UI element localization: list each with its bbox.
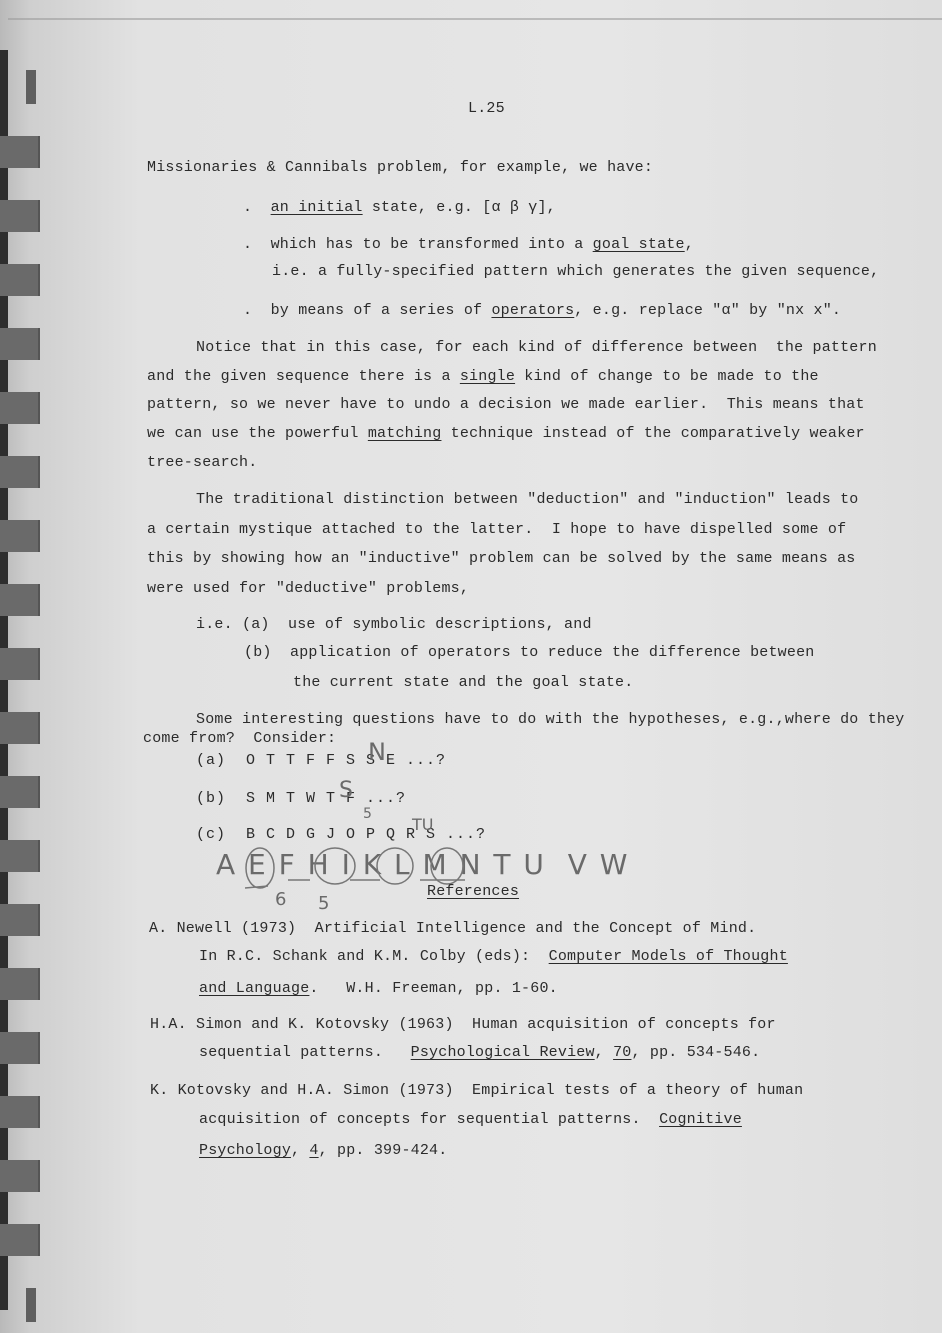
para2-ie-a: i.e. (a) use of symbolic descriptions, a…: [196, 616, 592, 634]
text: technique instead of the comparatively w…: [441, 425, 864, 442]
binding-tab: [0, 328, 40, 360]
para1-line4: we can use the powerful matching techniq…: [147, 425, 865, 443]
handwritten-number-5b: 5: [318, 893, 329, 914]
text: sequential patterns.: [199, 1044, 411, 1061]
underlined-term: operators: [491, 302, 574, 319]
page-number: L.25: [468, 100, 505, 118]
book-title: Computer Models of Thought: [549, 948, 788, 965]
bullet-marker: .: [243, 236, 252, 253]
ref3-line1: K. Kotovsky and H.A. Simon (1973) Empiri…: [150, 1082, 803, 1100]
book-title: and Language: [199, 980, 309, 997]
page-edge: [8, 18, 942, 20]
para1-line3: pattern, so we never have to undo a deci…: [147, 396, 865, 414]
text: ,: [291, 1142, 309, 1159]
binding-tab: [0, 584, 40, 616]
comb-binding: [0, 0, 42, 1333]
text: . W.H. Freeman, pp. 1-60.: [309, 980, 557, 997]
binding-tab: [0, 776, 40, 808]
handwritten-number-6: 6: [275, 889, 286, 910]
ref1-line1: A. Newell (1973) Artificial Intelligence…: [149, 920, 756, 938]
ref3-line3: Psychology, 4, pp. 399-424.: [199, 1142, 447, 1160]
para1-line2: and the given sequence there is a single…: [147, 368, 819, 386]
text: ,: [595, 1044, 613, 1061]
binding-tab: [0, 1096, 40, 1128]
bullet-marker: .: [243, 302, 252, 319]
binding-slot: [26, 70, 36, 104]
bullet-marker: .: [243, 199, 252, 216]
ref1-line2: In R.C. Schank and K.M. Colby (eds): Com…: [199, 948, 788, 966]
binding-tab: [0, 1224, 40, 1256]
para1-line1: Notice that in this case, for each kind …: [196, 339, 877, 357]
text: we can use the powerful: [147, 425, 368, 442]
sequence-a: (a) O T T F F S S E ...?: [196, 752, 446, 770]
binding-tab: [0, 904, 40, 936]
binding-slot: [26, 1288, 36, 1322]
intro-line: Missionaries & Cannibals problem, for ex…: [147, 159, 653, 177]
text: kind of change to be made to the: [515, 368, 819, 385]
text: and the given sequence there is a: [147, 368, 460, 385]
binding-tab: [0, 392, 40, 424]
para2-line4: were used for "deductive" problems,: [147, 580, 469, 598]
underlined-term: single: [460, 368, 515, 385]
handwritten-answer-b: S: [339, 778, 353, 803]
bullet-goal-state: . which has to be transformed into a goa…: [243, 236, 694, 254]
sequence-c: (c) B C D G J O P Q R S ...?: [196, 826, 486, 844]
para2-ie-b-continuation: the current state and the goal state.: [293, 674, 633, 692]
para3-line2: come from? Consider:: [143, 730, 336, 748]
text: , pp. 534-546.: [631, 1044, 760, 1061]
journal-title: Cognitive: [659, 1111, 742, 1128]
ref3-line2: acquisition of concepts for sequential p…: [199, 1111, 742, 1129]
text: In R.C. Schank and K.M. Colby (eds):: [199, 948, 549, 965]
para2-line2: a certain mystique attached to the latte…: [147, 521, 846, 539]
binding-tab: [0, 456, 40, 488]
ref2-line1: H.A. Simon and K. Kotovsky (1963) Human …: [150, 1016, 776, 1034]
binding-tab: [0, 264, 40, 296]
bullet-text: which has to be transformed into a: [271, 236, 593, 253]
binding-tab: [0, 712, 40, 744]
binding-tab: [0, 1160, 40, 1192]
para1-line5: tree-search.: [147, 454, 257, 472]
bullet-text: , e.g. replace "α" by "nx x".: [574, 302, 841, 319]
binding-tab: [0, 648, 40, 680]
sequence-b: (b) S M T W T F ...?: [196, 790, 406, 808]
ref2-line2: sequential patterns. Psychological Revie…: [199, 1044, 760, 1062]
binding-tab: [0, 968, 40, 1000]
para2-ie-b: (b) application of operators to reduce t…: [244, 644, 815, 662]
handwritten-number-5: 5: [363, 806, 372, 822]
bullet-text: state, e.g. [α β γ],: [363, 199, 556, 216]
handwritten-answer-c: TU: [412, 815, 433, 834]
text: acquisition of concepts for sequential p…: [199, 1111, 659, 1128]
underlined-term: goal state: [593, 236, 685, 253]
bullet-operators: . by means of a series of operators, e.g…: [243, 302, 841, 320]
journal-title: Psychology: [199, 1142, 291, 1159]
handwritten-answer-a: N: [368, 738, 386, 766]
binding-tab: [0, 1032, 40, 1064]
underlined-term: an initial: [271, 199, 363, 216]
para2-line1: The traditional distinction between "ded…: [196, 491, 859, 509]
binding-tab: [0, 840, 40, 872]
binding-tab: [0, 200, 40, 232]
references-heading: References: [427, 883, 519, 901]
binding-tab: [0, 136, 40, 168]
volume: 70: [613, 1044, 631, 1061]
bullet-text: by means of a series of: [271, 302, 492, 319]
ref1-line3: and Language. W.H. Freeman, pp. 1-60.: [199, 980, 558, 998]
bullet-text: ,: [685, 236, 694, 253]
volume: 4: [309, 1142, 318, 1159]
binding-tab: [0, 520, 40, 552]
journal-title: Psychological Review: [411, 1044, 595, 1061]
bullet-goal-state-continuation: i.e. a fully-specified pattern which gen…: [272, 263, 879, 281]
text: , pp. 399-424.: [319, 1142, 448, 1159]
underlined-term: matching: [368, 425, 442, 442]
para3-line1: Some interesting questions have to do wi…: [196, 711, 905, 729]
bullet-initial-state: . an initial state, e.g. [α β γ],: [243, 199, 556, 217]
para2-line3: this by showing how an "inductive" probl…: [147, 550, 856, 568]
